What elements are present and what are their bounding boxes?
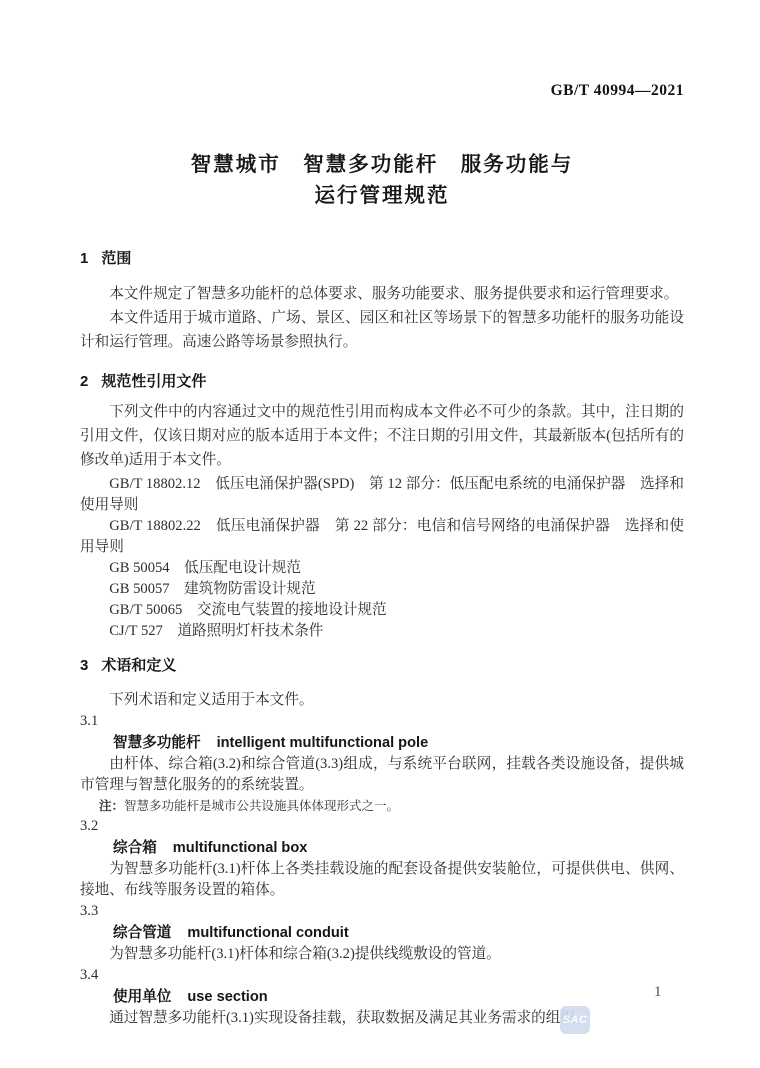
term-definition: 为智慧多功能杆(3.1)杆体上各类挂载设施的配套设备提供安装舱位，可提供供电、供… [80, 859, 684, 901]
section1-paragraph-1: 本文件规定了智慧多功能杆的总体要求、服务功能要求、服务提供要求和运行管理要求。 [80, 282, 684, 306]
term-block: 3.2 综合箱multifunctional box 为智慧多功能杆(3.1)杆… [80, 816, 684, 901]
term-definition: 为智慧多功能杆(3.1)杆体和综合箱(3.2)提供线缆敷设的管道。 [80, 944, 684, 965]
page-content: GB/T 40994—2021 智慧城市 智慧多功能杆 服务功能与 运行管理规范… [0, 0, 760, 1029]
section2-heading-text: 规范性引用文件 [101, 373, 206, 390]
term-number: 3.3 [80, 901, 684, 923]
section1-heading-text: 范围 [101, 250, 131, 267]
document-title: 智慧城市 智慧多功能杆 服务功能与 运行管理规范 [80, 149, 684, 211]
document-title-line2: 运行管理规范 [80, 180, 684, 211]
term-en: intelligent multifunctional pole [217, 735, 429, 751]
reference-item: GB/T 50065 交流电气装置的接地设计规范 [80, 600, 684, 621]
document-title-line1: 智慧城市 智慧多功能杆 服务功能与 [80, 149, 684, 180]
term-block: 3.3 综合管道multifunctional conduit 为智慧多功能杆(… [80, 901, 684, 965]
section3-intro: 下列术语和定义适用于本文件。 [80, 689, 684, 711]
normative-references-list: GB/T 18802.12 低压电涌保护器(SPD) 第 12 部分：低压配电系… [80, 474, 684, 642]
reference-item: GB/T 18802.22 低压电涌保护器 第 22 部分：电信和信号网络的电涌… [80, 516, 684, 558]
standard-number: GB/T 40994—2021 [80, 82, 684, 100]
term-heading: 综合管道multifunctional conduit [80, 923, 684, 945]
term-definition: 由杆体、综合箱(3.2)和综合管道(3.3)组成，与系统平台联网，挂载各类设施设… [80, 754, 684, 796]
term-en: use section [187, 989, 267, 1005]
page-number: 1 [654, 984, 662, 1001]
term-zh: 使用单位 [113, 989, 171, 1005]
term-heading: 智慧多功能杆intelligent multifunctional pole [80, 733, 684, 755]
term-number: 3.2 [80, 816, 684, 838]
term-note: 注：智慧多功能杆是城市公共设施具体体现形式之一。 [80, 797, 684, 816]
section2-paragraph: 下列文件中的内容通过文中的规范性引用而构成本文件必不可少的条款。其中，注日期的引… [80, 400, 684, 472]
term-heading: 使用单位use section [80, 987, 684, 1009]
term-en: multifunctional box [173, 840, 308, 856]
term-block: 3.4 使用单位use section 通过智慧多功能杆(3.1)实现设备挂载，… [80, 965, 684, 1029]
note-text: 智慧多功能杆是城市公共设施具体体现形式之一。 [124, 799, 399, 813]
term-number: 3.4 [80, 965, 684, 987]
term-zh: 智慧多功能杆 [113, 735, 201, 751]
term-zh: 综合管道 [113, 925, 171, 941]
reference-item: CJ/T 527 道路照明灯杆技术条件 [80, 621, 684, 642]
section2-number: 2 [80, 373, 88, 390]
note-label: 注： [99, 799, 124, 813]
reference-item: GB 50057 建筑物防雷设计规范 [80, 579, 684, 600]
term-heading: 综合箱multifunctional box [80, 838, 684, 860]
term-definition: 通过智慧多功能杆(3.1)实现设备挂载，获取数据及满足其业务需求的组织。 [80, 1008, 684, 1029]
section3-number: 3 [80, 657, 88, 674]
reference-item: GB/T 18802.12 低压电涌保护器(SPD) 第 12 部分：低压配电系… [80, 474, 684, 516]
section3-heading: 3术语和定义 [80, 656, 684, 676]
section2-heading: 2规范性引用文件 [80, 372, 684, 392]
term-en: multifunctional conduit [187, 925, 348, 941]
section3-heading-text: 术语和定义 [101, 657, 176, 674]
section1-number: 1 [80, 250, 88, 267]
section1-heading: 1范围 [80, 249, 684, 269]
term-number: 3.1 [80, 711, 684, 733]
reference-item: GB 50054 低压配电设计规范 [80, 558, 684, 579]
sac-watermark-logo: SAC [560, 1006, 590, 1034]
section1-paragraph-2: 本文件适用于城市道路、广场、景区、园区和社区等场景下的智慧多功能杆的服务功能设计… [80, 306, 684, 354]
document-page: GB/T 40994—2021 智慧城市 智慧多功能杆 服务功能与 运行管理规范… [0, 0, 760, 1068]
term-block: 3.1 智慧多功能杆intelligent multifunctional po… [80, 711, 684, 816]
term-zh: 综合箱 [113, 840, 157, 856]
section1-body: 本文件规定了智慧多功能杆的总体要求、服务功能要求、服务提供要求和运行管理要求。 … [80, 282, 684, 354]
